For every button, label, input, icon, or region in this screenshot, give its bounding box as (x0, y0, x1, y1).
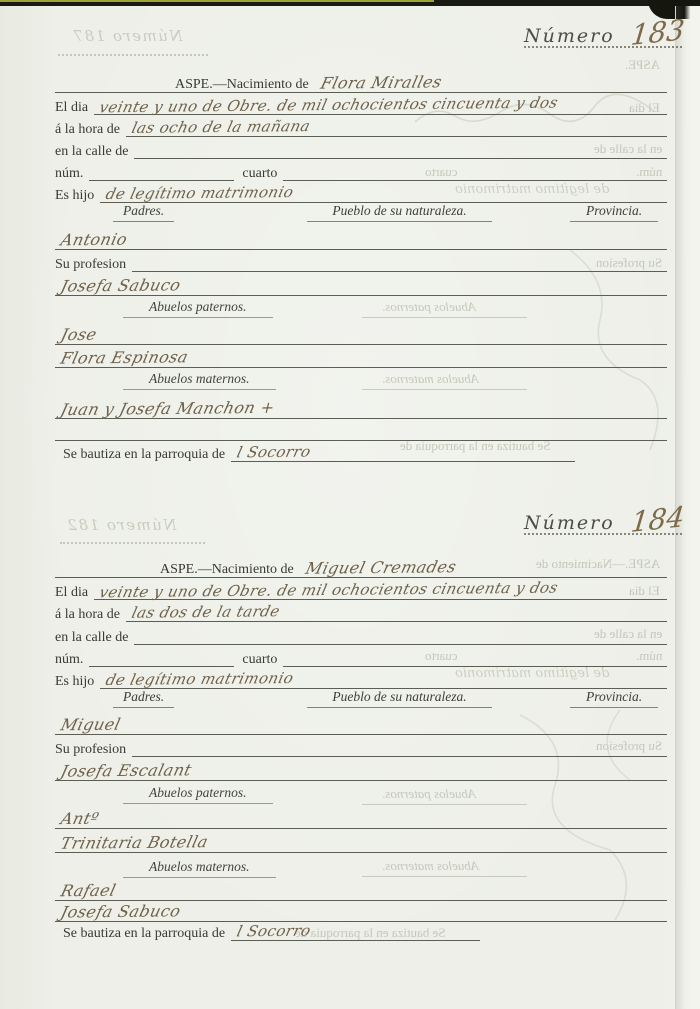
profession-line: Su profesion (55, 735, 667, 757)
date-label: El dia (55, 585, 94, 600)
baptism-line: Se bautiza en la parroquia de l Socorro (55, 919, 667, 941)
maternal-grandfather-line: Rafael (55, 878, 667, 901)
paternal-grandfather-line: Antº (55, 806, 667, 829)
handwritten-parish: l Socorro (229, 924, 312, 941)
handwritten-child-name: Miguel Cremades (298, 559, 458, 578)
street-line: en la calle de (55, 623, 667, 645)
hour-label: á la hora de (55, 607, 126, 622)
birth-record-184: Número 184 ASPE.—Nacimiento de Miguel Cr… (0, 0, 700, 1009)
father-line: Miguel (55, 712, 667, 735)
paternal-grandparents-label-row: Abuelos paternos. (55, 786, 667, 804)
handwritten-date: veinte y uno de Obre. de mil ochocientos… (92, 581, 560, 602)
maternal-grandparents-label: Abuelos maternos. (123, 859, 276, 878)
pueblo-header: Pueblo de su naturaleza. (307, 689, 492, 708)
maternal-grandparents-label-row: Abuelos maternos. (55, 860, 667, 878)
handwritten-mother: Josefa Escalant (53, 762, 193, 780)
handwritten-legitimacy: de legítimo matrimonio (98, 671, 295, 689)
hour-line: á la hora de las dos de la tarde (55, 600, 667, 622)
legitimacy-line: Es hijo de legítimo matrimonio (55, 667, 667, 689)
profession-label: Su profesion (55, 742, 132, 757)
numero-underline (524, 533, 682, 535)
record-number: Número 184 (524, 503, 684, 536)
handwritten-paternal-grandfather: Antº (53, 811, 101, 828)
scanned-register-page: Número 187 Número 182 ASPE. ASPE.—Nacimi… (0, 0, 700, 1009)
date-line: El dia veinte y uno de Obre. de mil ocho… (55, 578, 667, 600)
number-label: núm. (55, 652, 89, 667)
handwritten-hour: las dos de la tarde (124, 604, 281, 622)
legitimacy-label: Es hijo (55, 674, 100, 689)
baptism-label: Se bautiza en la parroquia de (63, 926, 231, 941)
cuarto-label: cuarto (234, 652, 283, 667)
title-label: ASPE.—Nacimiento de (160, 562, 300, 577)
handwritten-paternal-grandmother: Trinitaria Botella (53, 834, 210, 853)
record-title-line: ASPE.—Nacimiento de Miguel Cremades (55, 555, 667, 578)
paternal-grandparents-label: Abuelos paternos. (123, 785, 273, 804)
number-line: núm. cuarto (55, 645, 667, 667)
provincia-header: Provincia. (570, 689, 658, 708)
handwritten-father: Miguel (53, 717, 122, 735)
street-label: en la calle de (55, 630, 134, 645)
padres-header: Padres. (113, 689, 174, 708)
numero-label: Número (524, 512, 615, 534)
handwritten-maternal-grandfather: Rafael (53, 883, 118, 901)
paternal-grandmother-line: Trinitaria Botella (55, 830, 667, 853)
parents-header-row: Padres. Pueblo de su naturaleza. Provinc… (55, 688, 667, 708)
mother-line: Josefa Escalant (55, 758, 667, 781)
